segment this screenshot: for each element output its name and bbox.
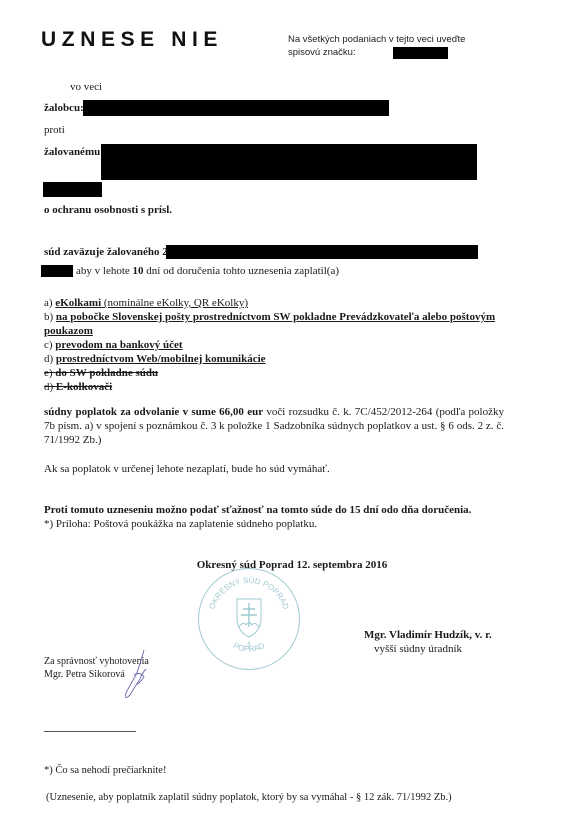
case-subject: o ochranu osobnosti s prísl. — [44, 203, 172, 217]
vo-veci-label: vo veci — [70, 80, 102, 94]
redacted-defendant-2 — [166, 245, 478, 259]
payment-option: poukazom — [44, 324, 495, 338]
redacted-name — [41, 265, 73, 277]
payment-option: c) prevodom na bankový účet — [44, 338, 495, 352]
redacted-defendant-extra — [43, 182, 102, 197]
signatory-name: Mgr. Vladimír Hudzík, v. r. — [364, 628, 492, 642]
attachment-note: *) Príloha: Poštová poukážka na zaplaten… — [44, 517, 317, 531]
fee-amount: súdny poplatok za odvolanie v sume 66,00… — [44, 406, 263, 418]
payment-options-list: a) eKolkami (nominálne eKolky, QR eKolky… — [44, 296, 495, 394]
payment-option: d) prostredníctvom Web/mobilnej komuniká… — [44, 352, 495, 366]
order-line-1: súd zaväzuje žalovaného 2/ — [44, 245, 171, 259]
appeal-notice: Proti tomuto uzneseniu možno podať sťažn… — [44, 503, 471, 517]
signatory-title: vyšší súdny úradník — [374, 642, 462, 656]
enforcement-note: Ak sa poplatok v určenej lehote nezaplat… — [44, 462, 330, 476]
redacted-defendant — [101, 144, 477, 180]
defendant-label: žalovanému: — [44, 145, 104, 159]
order-line-2: aby v lehote 10 dní od doručenia tohto u… — [76, 264, 339, 278]
document-title: UZNESE NIE — [41, 28, 223, 52]
footnote: *) Čo sa nehodí prečiarknite! — [44, 764, 166, 778]
payment-option: a) eKolkami (nominálne eKolky, QR eKolky… — [44, 296, 495, 310]
redacted-plaintiff — [83, 100, 389, 116]
plaintiff-label: žalobcu: — [44, 101, 84, 115]
proti-label: proti — [44, 123, 65, 137]
court-stamp: OKRESNÝ SÚD POPRAD POPRAD 8 — [198, 568, 300, 670]
fee-paragraph: súdny poplatok za odvolanie v sume 66,00… — [44, 405, 504, 447]
legal-note: (Uznesenie, aby poplatník zaplatil súdny… — [46, 791, 452, 805]
footnote-divider — [44, 731, 136, 732]
payment-option: b) na pobočke Slovenskej pošty prostredn… — [44, 310, 495, 324]
note-line-1: Na všetkých podaniach v tejto veci uveďt… — [288, 33, 465, 46]
signature-icon — [110, 645, 160, 705]
coat-of-arms-icon: OKRESNÝ SÚD POPRAD POPRAD 8 — [199, 569, 299, 669]
deadline-days: 10 — [133, 265, 144, 277]
redacted-case-number — [393, 47, 448, 59]
payment-option: d) E-kolkovači — [44, 380, 495, 394]
payment-option: e) do SW pokladne súdu — [44, 366, 495, 380]
